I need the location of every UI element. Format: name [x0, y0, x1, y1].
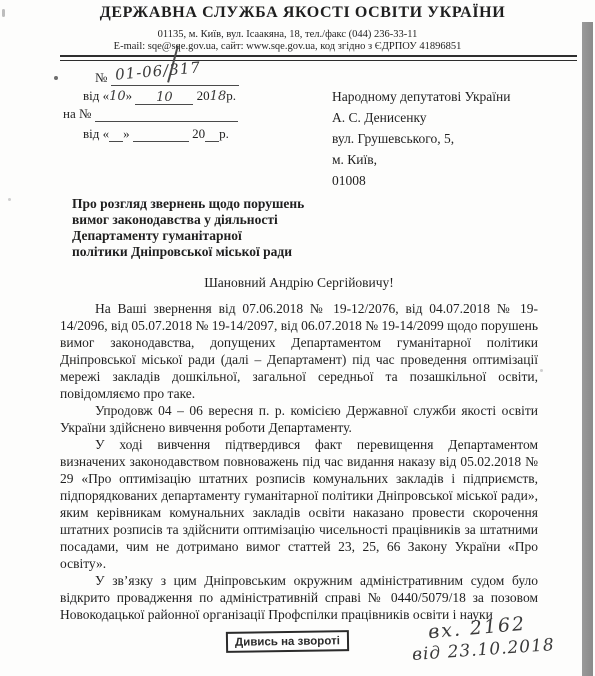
year-prefix: 20 [192, 126, 205, 141]
see-reverse-stamp: Дивись на звороті [226, 630, 349, 653]
recipient-line: м. Київ, [332, 149, 511, 170]
scan-edge-artifact [582, 22, 593, 676]
subject-line: політики Дніпровської міської ради [72, 244, 304, 260]
ref-date-row: від «10» 10 2018р. [60, 88, 236, 104]
recipient-line: 01008 [332, 170, 511, 191]
scanned-letter-page: ДЕРЖАВНА СЛУЖБА ЯКОСТІ ОСВІТИ УКРАЇНИ 01… [0, 0, 595, 676]
org-address: 01135, м. Київ, вул. Ісаакяна, 18, тел./… [0, 29, 575, 40]
handwritten-ref-number: 01-06/317 [114, 59, 201, 82]
recipient-line: вул. Грушевського, 5, [332, 128, 511, 149]
subject-block: Про розгляд звернень щодо порушень вимог… [72, 196, 304, 260]
reply-ref-line [95, 106, 238, 122]
reply-date-row: від «» 20р. [60, 126, 229, 142]
blank-month-line [133, 126, 189, 142]
handwritten-day: 10 [109, 89, 126, 104]
org-name: ДЕРЖАВНА СЛУЖБА ЯКОСТІ ОСВІТИ УКРАЇНИ [20, 4, 585, 22]
reply-ref-label: на № [63, 106, 91, 121]
blank-day-line [109, 126, 123, 142]
paragraph: У зв’язку з цим Дніпровським окружним ад… [60, 572, 538, 623]
ref-number-label: № [95, 70, 107, 85]
subject-line: Про розгляд звернень щодо порушень [72, 196, 304, 212]
year-suffix: р. [219, 126, 229, 141]
scan-speck [2, 9, 5, 17]
close-quote: » [126, 88, 133, 103]
close-quote: » [123, 126, 130, 141]
year-suffix: р. [226, 88, 236, 103]
letterhead-divider [60, 55, 577, 61]
ref-month-line: 10 [135, 89, 193, 105]
paragraph: На Ваші звернення від 07.06.2018 № 19-12… [60, 300, 538, 402]
handwritten-year: 18 [210, 89, 227, 104]
blank-year-line [205, 126, 219, 142]
ref-number-row: № 01-06/317 [60, 70, 239, 86]
scan-speck [540, 369, 543, 372]
ref-date-label: від [83, 88, 99, 103]
org-contact: E-mail: sqe@sqe.gov.ua, сайт: www.sqe.go… [0, 41, 575, 52]
subject-line: вимог законодавства у діяльності [72, 212, 304, 228]
scan-speck [8, 198, 11, 201]
subject-line: Департаменту гуманітарної [72, 228, 304, 244]
stamp-text: Дивись на звороті [235, 635, 340, 648]
scan-speck [54, 76, 58, 80]
reply-date-label: від [83, 126, 99, 141]
ref-number-line: 01-06/317 [111, 70, 239, 86]
recipient-block: Народному депутатові України А. С. Денис… [332, 86, 511, 191]
handwritten-month: 10 [156, 90, 173, 105]
recipient-line: А. С. Денисенку [332, 107, 511, 128]
paragraph: У ході вивчення підтвердився факт переви… [60, 436, 538, 572]
salutation: Шановний Андрію Сергійовичу! [60, 275, 538, 291]
reply-ref-row: на № [60, 106, 238, 122]
year-prefix: 20 [197, 88, 210, 103]
recipient-line: Народному депутатові України [332, 86, 511, 107]
paragraph: Упродовж 04 – 06 вересня п. р. комісією … [60, 402, 538, 436]
letter-body: На Ваші звернення від 07.06.2018 № 19-12… [60, 300, 538, 623]
